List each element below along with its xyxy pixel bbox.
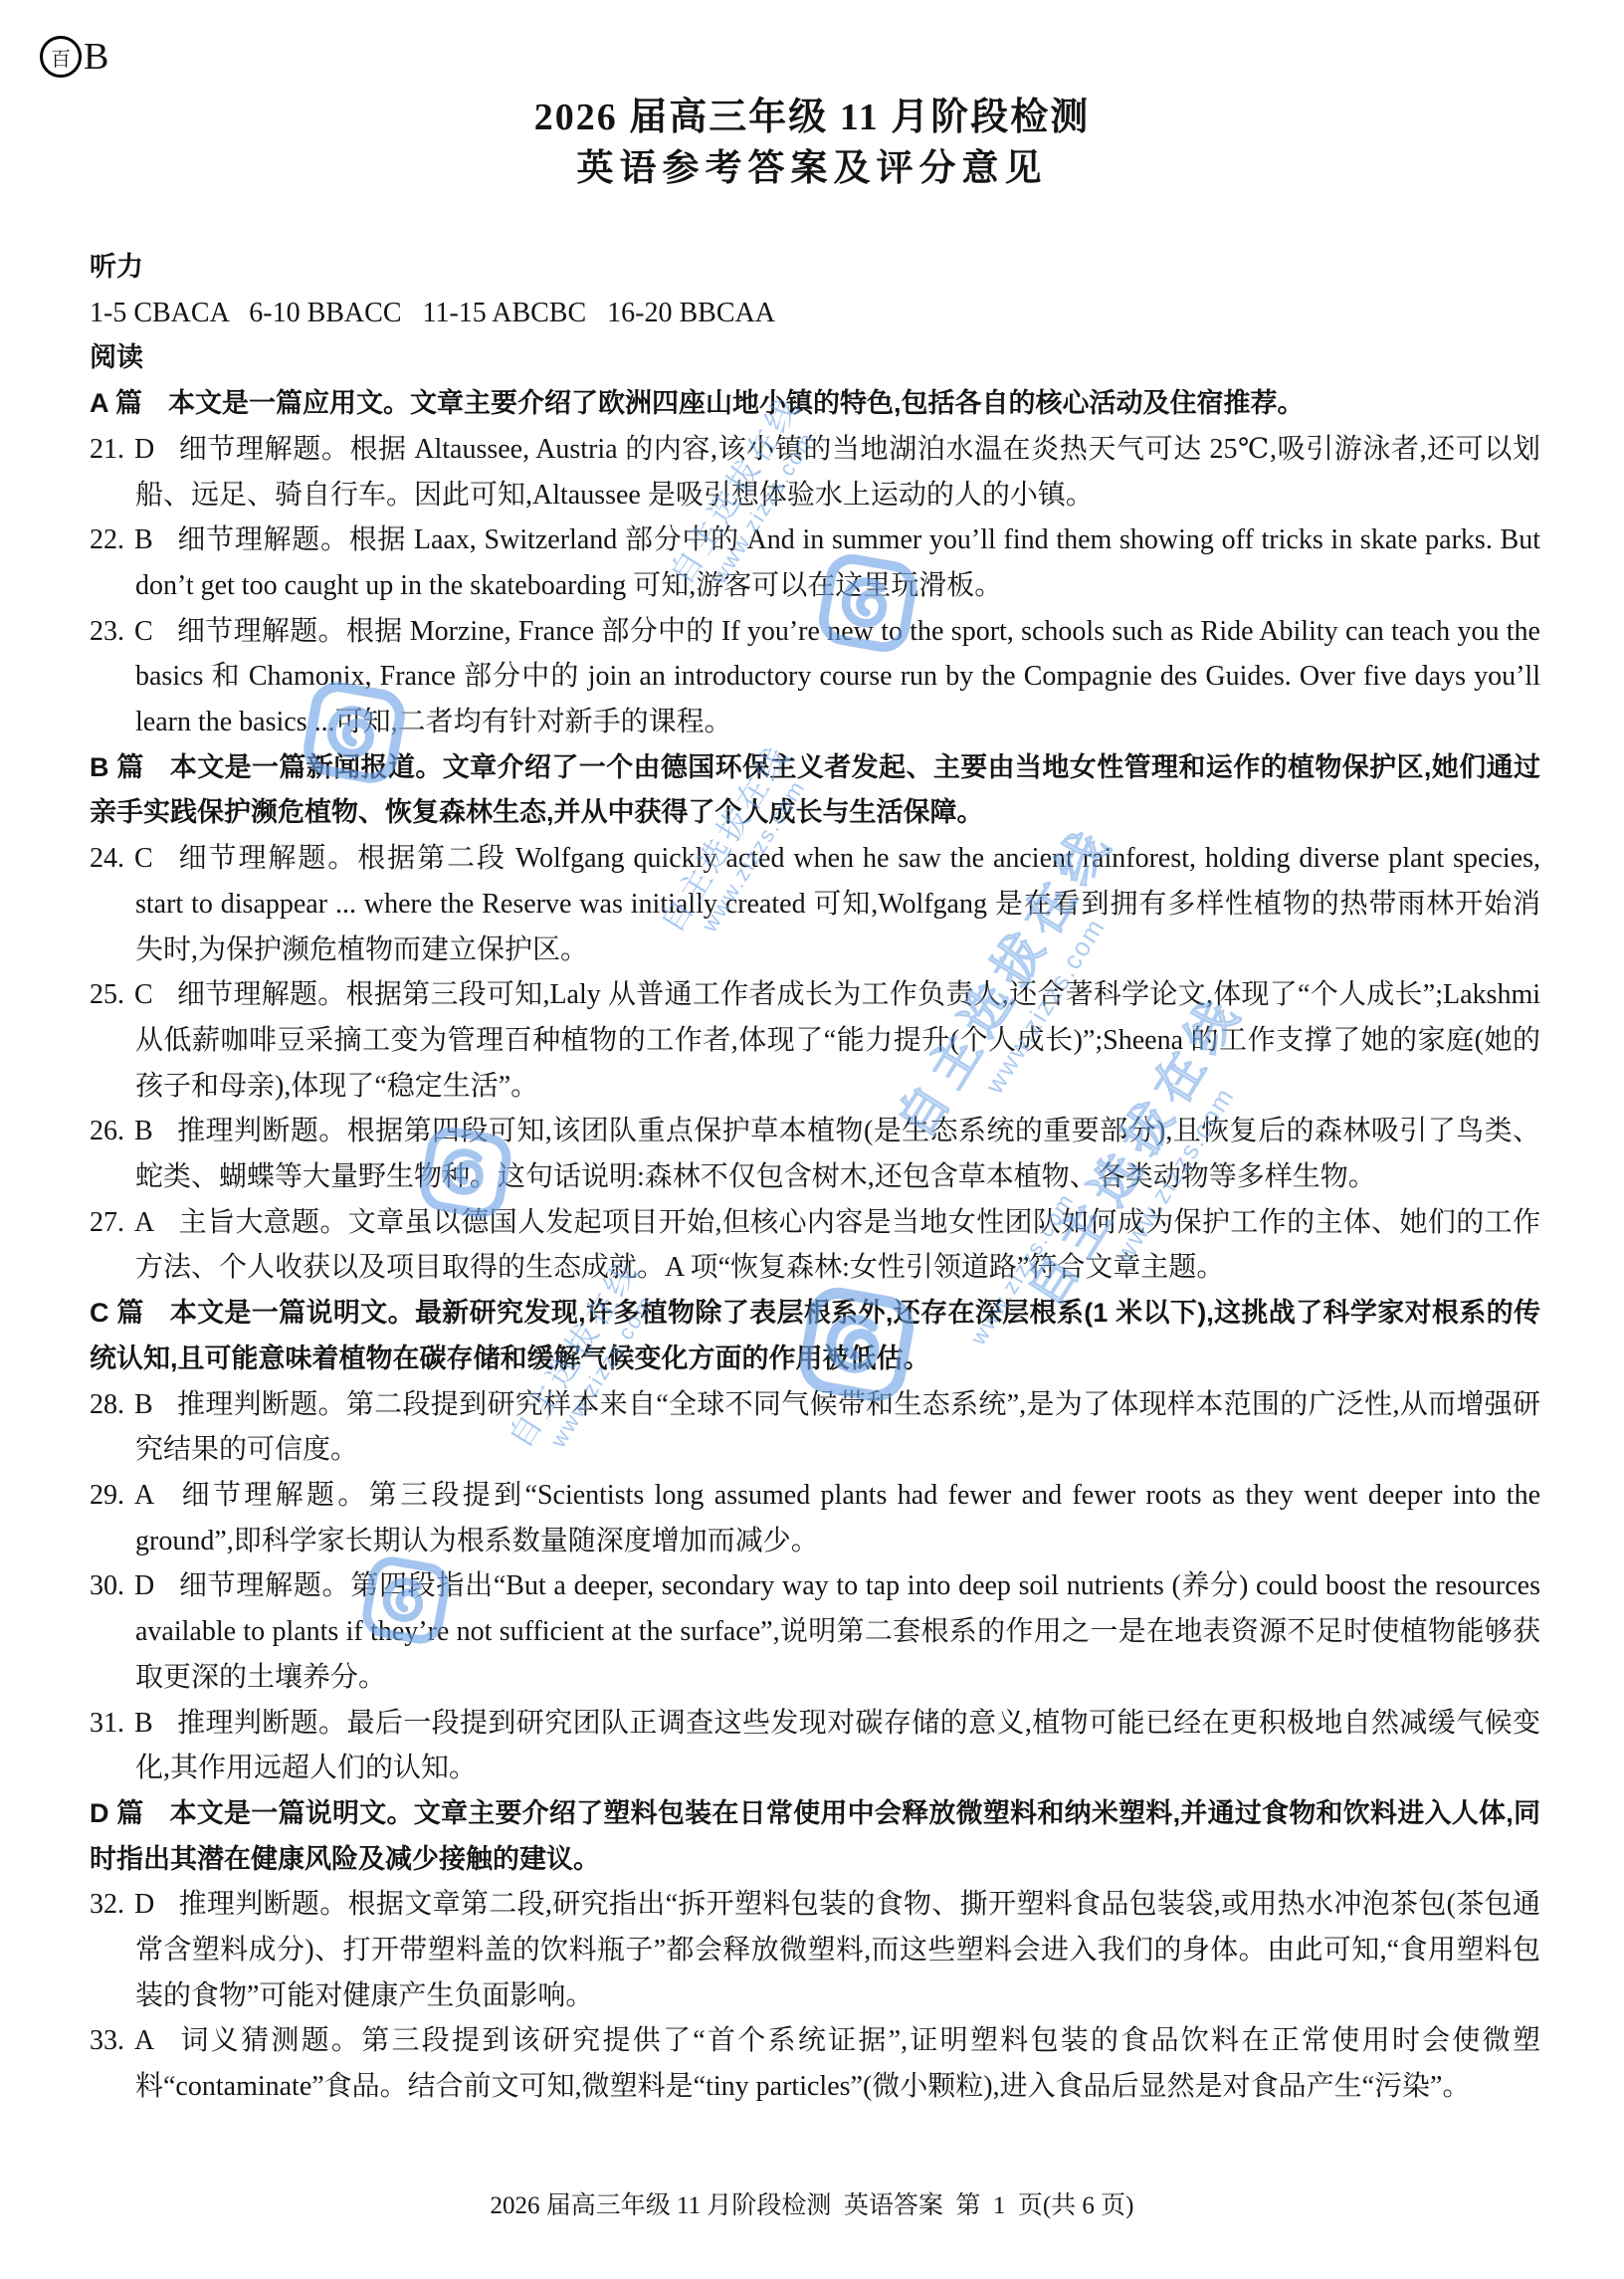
- answer-letter: C: [134, 616, 153, 647]
- answer-letter: B: [134, 524, 153, 555]
- explanation-text: 细节理解题。根据第三段可知,Laly 从普通工作者成长为工作负责人,还合著科学论…: [135, 979, 1540, 1101]
- explanation-text: 主旨大意题。文章虽以德国人发起项目开始,但核心内容是当地女性团队如何成为保护工作…: [135, 1207, 1540, 1284]
- explanation-text: 推理判断题。第二段提到研究样本来自“全球不同气候带和生态系统”,是为了体现样本范…: [135, 1389, 1540, 1466]
- passage-text: 本文是一篇新闻报道。文章介绍了一个由德国环保主义者发起、主要由当地女性管理和运作…: [90, 752, 1540, 828]
- question-number: 28.: [90, 1389, 124, 1420]
- brand-logo: 百 B: [40, 36, 108, 78]
- brand-letter: B: [84, 38, 108, 76]
- passage-text: 本文是一篇应用文。文章主要介绍了欧洲四座山地小镇的特色,包括各自的核心活动及住宿…: [168, 388, 1305, 418]
- answer-letter: B: [134, 1389, 153, 1420]
- brand-char: 百: [51, 43, 71, 72]
- answer-item-22: 22.B细节理解题。根据 Laax, Switzerland 部分中的 And …: [90, 518, 1540, 608]
- explanation-text: 细节理解题。根据第二段 Wolfgang quickly acted when …: [135, 843, 1540, 964]
- page-footer: 2026 届高三年级 11 月阶段检测 英语答案 第 1 页(共 6 页): [0, 2185, 1624, 2221]
- question-number: 22.: [90, 524, 124, 555]
- answer-letter: A: [134, 1207, 154, 1238]
- answer-letter: A: [134, 2025, 154, 2056]
- passage-label: A 篇: [90, 388, 142, 418]
- answer-letter: D: [134, 1570, 154, 1601]
- answer-item-28: 28.B推理判断题。第二段提到研究样本来自“全球不同气候带和生态系统”,是为了体…: [90, 1382, 1540, 1473]
- explanation-text: 细节理解题。第四段指出“But a deeper, secondary way …: [135, 1570, 1540, 1692]
- question-number: 31.: [90, 1708, 124, 1739]
- passage-label: C 篇: [90, 1298, 144, 1328]
- passage-text: 本文是一篇说明文。最新研究发现,许多植物除了表层根系外,还存在深层根系(1 米以…: [90, 1298, 1540, 1373]
- passage-label: D 篇: [90, 1798, 144, 1828]
- answer-letter: D: [134, 1889, 154, 1920]
- answer-letter: B: [134, 1116, 153, 1146]
- answer-item-32: 32.D推理判断题。根据文章第二段,研究指出“拆开塑料包装的食物、撕开塑料食品包…: [90, 1882, 1540, 2018]
- exam-title: 2026 届高三年级 11 月阶段检测: [0, 86, 1624, 140]
- answer-item-31: 31.B推理判断题。最后一段提到研究团队正调查这些发现对碳存储的意义,植物可能已…: [90, 1701, 1540, 1791]
- question-number: 27.: [90, 1207, 124, 1238]
- answer-item-29: 29.A细节理解题。第三段提到“Scientists long assumed …: [90, 1473, 1540, 1563]
- question-number: 23.: [90, 616, 124, 647]
- answer-body: 听力1-5 CBACA 6-10 BBACC 11-15 ABCBC 16-20…: [90, 245, 1540, 2110]
- question-number: 32.: [90, 1889, 124, 1920]
- answer-letter: B: [134, 1708, 153, 1739]
- document-page: 百 B 2026 届高三年级 11 月阶段检测 英语参考答案及评分意见 听力1-…: [0, 0, 1624, 2279]
- answer-letter: C: [134, 979, 153, 1010]
- explanation-text: 推理判断题。最后一段提到研究团队正调查这些发现对碳存储的意义,植物可能已经在更积…: [135, 1708, 1540, 1784]
- answer-item-25: 25.C细节理解题。根据第三段可知,Laly 从普通工作者成长为工作负责人,还合…: [90, 972, 1540, 1109]
- answer-item-30: 30.D细节理解题。第四段指出“But a deeper, secondary …: [90, 1563, 1540, 1700]
- explanation-text: 细节理解题。根据 Laax, Switzerland 部分中的 And in s…: [135, 524, 1540, 601]
- passage-summary-D: D 篇本文是一篇说明文。文章主要介绍了塑料包装在日常使用中会释放微塑料和纳米塑料…: [90, 1791, 1540, 1882]
- plain-line-1: 1-5 CBACA 6-10 BBACC 11-15 ABCBC 16-20 B…: [90, 291, 1540, 336]
- answer-letter: C: [134, 843, 153, 874]
- passage-label: B 篇: [90, 752, 144, 782]
- answer-item-21: 21.D细节理解题。根据 Altaussee, Austria 的内容,该小镇的…: [90, 427, 1540, 518]
- answer-item-24: 24.C细节理解题。根据第二段 Wolfgang quickly acted w…: [90, 836, 1540, 972]
- explanation-text: 词义猜测题。第三段提到该研究提供了“首个系统证据”,证明塑料包装的食品饮料在正常…: [135, 2025, 1540, 2102]
- brand-circle-icon: 百: [40, 36, 82, 78]
- answer-key-title: 英语参考答案及评分意见: [0, 137, 1624, 191]
- answer-item-26: 26.B推理判断题。根据第四段可知,该团队重点保护草本植物(是生态系统的重要部分…: [90, 1109, 1540, 1199]
- question-number: 21.: [90, 434, 124, 465]
- question-number: 33.: [90, 2025, 124, 2056]
- explanation-text: 推理判断题。根据第四段可知,该团队重点保护草本植物(是生态系统的重要部分),且恢…: [135, 1116, 1540, 1192]
- explanation-text: 细节理解题。第三段提到“Scientists long assumed plan…: [135, 1480, 1540, 1556]
- passage-text: 本文是一篇说明文。文章主要介绍了塑料包装在日常使用中会释放微塑料和纳米塑料,并通…: [90, 1798, 1540, 1874]
- question-number: 30.: [90, 1570, 124, 1601]
- question-number: 25.: [90, 979, 124, 1010]
- answer-letter: D: [134, 434, 154, 465]
- passage-summary-A: A 篇本文是一篇应用文。文章主要介绍了欧洲四座山地小镇的特色,包括各自的核心活动…: [90, 381, 1540, 427]
- passage-summary-C: C 篇本文是一篇说明文。最新研究发现,许多植物除了表层根系外,还存在深层根系(1…: [90, 1291, 1540, 1381]
- question-number: 24.: [90, 843, 124, 874]
- answer-item-27: 27.A主旨大意题。文章虽以德国人发起项目开始,但核心内容是当地女性团队如何成为…: [90, 1200, 1540, 1291]
- question-number: 26.: [90, 1116, 124, 1146]
- explanation-text: 推理判断题。根据文章第二段,研究指出“拆开塑料包装的食物、撕开塑料食品包装袋,或…: [135, 1889, 1540, 2010]
- passage-summary-B: B 篇本文是一篇新闻报道。文章介绍了一个由德国环保主义者发起、主要由当地女性管理…: [90, 745, 1540, 836]
- answer-item-23: 23.C细节理解题。根据 Morzine, France 部分中的 If you…: [90, 609, 1540, 745]
- answer-item-33: 33.A词义猜测题。第三段提到该研究提供了“首个系统证据”,证明塑料包装的食品饮…: [90, 2018, 1540, 2109]
- explanation-text: 细节理解题。根据 Altaussee, Austria 的内容,该小镇的当地湖泊…: [135, 434, 1540, 511]
- question-number: 29.: [90, 1480, 124, 1511]
- heading-line-0: 听力: [90, 245, 1540, 291]
- explanation-text: 细节理解题。根据 Morzine, France 部分中的 If you’re …: [135, 616, 1540, 737]
- answer-letter: A: [134, 1480, 154, 1511]
- heading-line-2: 阅读: [90, 335, 1540, 381]
